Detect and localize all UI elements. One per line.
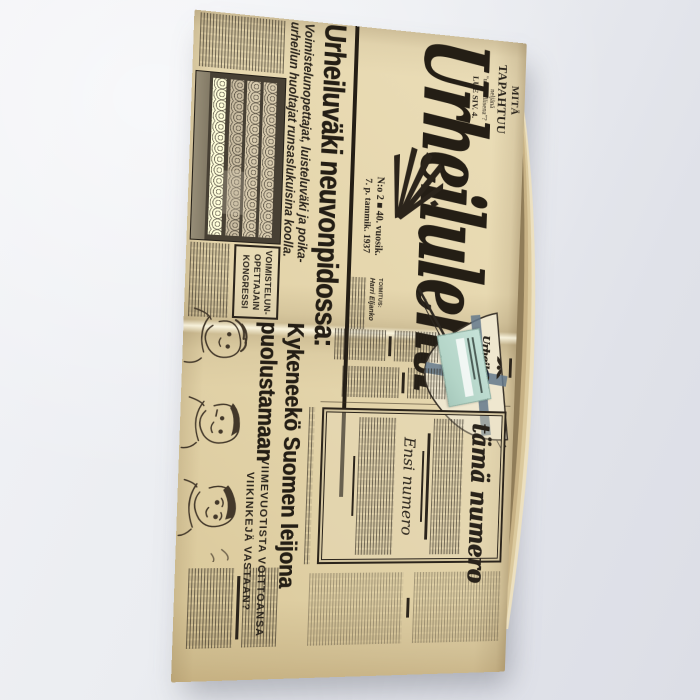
winged-emblem-icon: [495, 355, 505, 381]
product-photo-scene: MITÄ TAPAHTUU neljänä ”urheilullisena”? …: [0, 0, 700, 700]
promo-tiny-line: [351, 456, 355, 517]
divider-dash: [389, 336, 393, 356]
editorial-block: TOIMITUS: Harri Eljanko: [348, 277, 383, 330]
micro-text: [334, 328, 386, 361]
promo-paragraph: [355, 417, 397, 555]
mini-column: [330, 328, 448, 363]
photo-wall-patch: [222, 170, 245, 215]
kongressi-line: VOIMISTELUN-: [261, 249, 275, 317]
micro-text: [304, 407, 316, 564]
micro-text: [394, 331, 439, 363]
photo-row-of-people: [242, 81, 261, 238]
team-photograph: [190, 70, 287, 245]
mini-column: [329, 365, 447, 399]
promo-box: tämä numero Ensi numero: [317, 407, 507, 564]
kongressi-line: KONGRESSI: [238, 248, 252, 316]
body-text-column: [199, 12, 286, 73]
divider-dash: [406, 598, 410, 618]
mini-header: [402, 372, 405, 394]
promo-bold-line: [420, 451, 425, 522]
mini-header: [236, 576, 241, 640]
info-mini-columns: [329, 328, 448, 399]
front-page: MITÄ TAPAHTUU neljänä ”urheilullisena”? …: [171, 10, 527, 683]
issue-number: N:o 2 ■ 40. vuosik.: [370, 160, 386, 272]
body-text-column: [181, 568, 279, 650]
micro-text: [342, 366, 400, 399]
editor-name: Harri Eljanko: [365, 278, 376, 330]
promo-box-title: tämä numero: [462, 423, 495, 551]
photo-floor: [191, 71, 210, 239]
micro-text: [241, 568, 279, 648]
photo-row-of-people: [258, 82, 277, 238]
micro-text: [307, 572, 404, 646]
sunburst-icon: [388, 145, 444, 224]
kongressi-line: OPETTAJAIN: [249, 248, 263, 316]
promo-paragraph: [429, 419, 464, 555]
micro-text: [186, 568, 235, 649]
cartoon-athletes-illustration: [175, 306, 251, 563]
promo-box-heading2: Ensi numero: [397, 418, 419, 555]
dateline: N:o 2 ■ 40. vuosik. 7. p. tammik. 1937: [358, 159, 386, 272]
newspaper: MITÄ TAPAHTUU neljänä ”urheilullisena”? …: [171, 10, 527, 683]
second-headline: puolustamaan: [251, 321, 283, 461]
micro-text: [407, 368, 446, 400]
